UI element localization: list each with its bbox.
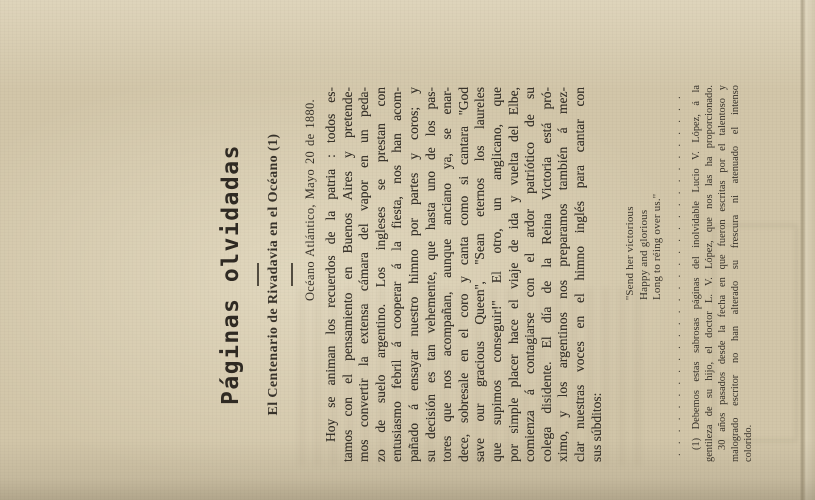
anthem-verse: ''Send her victoriousHappy and gloriousL… [624, 194, 665, 300]
footnote-line: (1) Debemos estas sabrosas páginas del i… [690, 85, 703, 462]
footnote: (1) Debemos estas sabrosas páginas del i… [690, 85, 755, 462]
ellipsis-divider: . . . . . . . . . . . . . . . . . . . . … [671, 94, 684, 456]
footnote-line: colorido. [742, 85, 755, 462]
body-line: que supimos conseguir!'' El otro, un ang… [489, 87, 506, 462]
verse-line: Long to réing over us.'' [651, 194, 665, 300]
verse-line: ''Send her victorious [624, 194, 638, 300]
scanned-book-page: Páginas olvidadas El Centenario de Rivad… [0, 0, 815, 500]
body-line: comienza á contagiarse con el ardor patr… [522, 87, 539, 462]
divider-rule-top [257, 263, 259, 286]
body-line: ximo, y los argentinos nos preparamos ta… [555, 87, 572, 462]
body-text: Hoy se animan los recuerdos de la patria… [323, 87, 605, 462]
body-line: pañado á ensayar nuestro himno por parte… [406, 87, 423, 462]
body-line: su decisión es tan vehemente, que hasta … [423, 87, 440, 462]
page-title: Páginas olvidadas [218, 87, 244, 462]
body-line: clar nuestras voces en el himno inglés p… [572, 87, 589, 462]
body-line: tores que nos acompañan, aunque anciano … [439, 87, 456, 462]
body-line: colega disidente. El día de la Reina Vic… [539, 87, 556, 462]
dateline: Océano Atlántico, Mayo 20 de 1880. [303, 99, 318, 462]
body-line: Hoy se animan los recuerdos de la patria… [323, 87, 340, 462]
body-line: dece, sobresale en el coro y canta como … [456, 87, 473, 462]
body-line: por simple placer hace el viaje de ida y… [506, 87, 523, 462]
chapter-heading: El Centenario de Rivadavia en el Océano … [266, 87, 282, 462]
body-line: tamos con el pensamiento en Buenos Aires… [340, 87, 357, 462]
body-line: zo de suelo argentino. Los ingleses se p… [373, 87, 390, 462]
footnote-line: 30 años pasados desde la fecha en que fu… [716, 85, 729, 462]
footnote-line: gentileza de su hijo, el doctor L. V. Ló… [703, 85, 716, 462]
footnote-line: malogrado escritor no han alterado su fr… [729, 85, 742, 462]
body-line: sus súbditos: [589, 87, 606, 462]
divider-rule-bottom [291, 263, 293, 286]
body-line: entusiasmo febril á cooperar á la fiesta… [389, 87, 406, 462]
verse-line: Happy and glorious [638, 194, 652, 300]
body-line: save our gracious Queen'', ''Sean eterno… [472, 87, 489, 462]
book-page: Páginas olvidadas El Centenario de Rivad… [0, 0, 815, 500]
body-line: mos convertir la extensa cámara del vapo… [356, 87, 373, 462]
page-edge-shadow [800, 0, 815, 500]
